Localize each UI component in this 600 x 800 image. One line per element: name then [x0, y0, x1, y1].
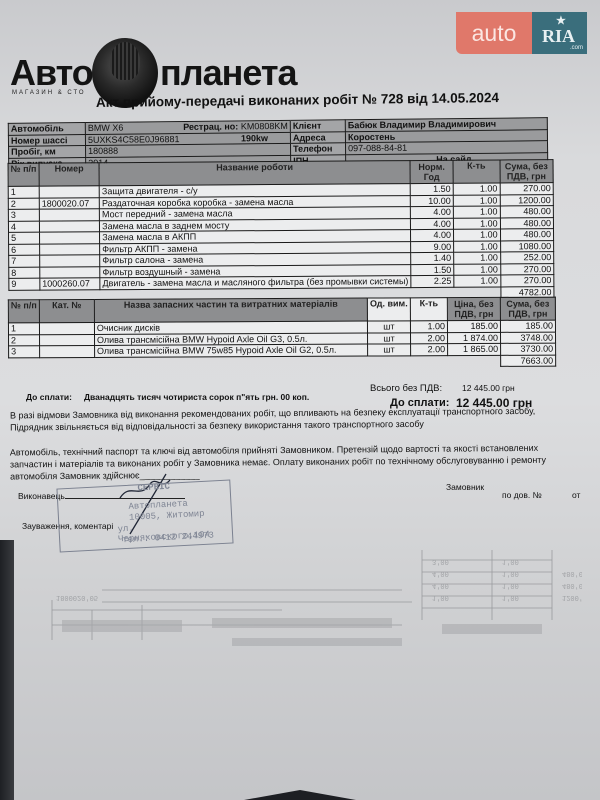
work-code — [39, 243, 99, 255]
work-hours: 4.00 — [411, 229, 454, 241]
watermark-auto: auto — [456, 12, 532, 54]
work-number: 5 — [9, 232, 40, 244]
brand-name-left: Авто — [10, 52, 93, 94]
work-qty: 1.00 — [454, 263, 501, 275]
svg-text:1200'00: 1200'00 — [562, 593, 582, 601]
work-hours: 4.00 — [410, 218, 453, 230]
svg-text:480'00: 480'00 — [562, 581, 582, 589]
work-hours: 2.25 — [411, 275, 454, 287]
work-qty: 1.00 — [453, 183, 500, 195]
work-number: 8 — [9, 267, 40, 279]
svg-text:1'00: 1'00 — [432, 593, 449, 601]
work-code — [39, 232, 99, 244]
part-price: 1 874.00 — [447, 332, 500, 344]
part-unit: шт — [367, 332, 410, 344]
part-unit: шт — [367, 321, 410, 333]
watermark-ria: ★ RIA .com — [532, 12, 587, 54]
terms-paragraph-1: В разі відмови Замовника від виконання р… — [10, 405, 570, 434]
parts-header: № п/п Кат. № Назва запасних частин та ви… — [8, 297, 555, 323]
work-number: 2 — [8, 198, 39, 210]
mileage-label: Пробіг, км — [9, 146, 86, 158]
part-price: 1 865.00 — [448, 343, 501, 355]
work-code: 1800020.07 — [39, 197, 99, 209]
svg-text:4'00: 4'00 — [432, 581, 449, 589]
work-hours: 1.40 — [411, 252, 454, 264]
work-code — [39, 186, 99, 198]
part-unit: шт — [368, 344, 411, 356]
work-sum: 480.00 — [500, 206, 553, 218]
part-sum: 185.00 — [500, 320, 555, 332]
brand-subtitle: МАГАЗИН & СТО — [12, 90, 86, 96]
payment-label: До сплати: — [26, 392, 72, 402]
photo-edge — [0, 540, 14, 800]
work-qty: 1.00 — [454, 240, 501, 252]
car-label: Автомобіль — [8, 123, 85, 135]
work-sum: 1200.00 — [500, 194, 553, 206]
work-sum: 480.00 — [500, 217, 553, 229]
svg-text:1'00: 1'00 — [502, 581, 519, 589]
work-hours: 1.50 — [411, 264, 454, 276]
work-qty: 1.00 — [453, 217, 500, 229]
address-label: Адреса — [290, 131, 345, 143]
svg-text:3'00: 3'00 — [432, 557, 449, 565]
work-qty: 1.00 — [454, 252, 501, 264]
brand-name-right: планета — [160, 52, 297, 94]
work-qty: 1.00 — [453, 206, 500, 218]
part-price: 185.00 — [447, 320, 500, 332]
part-qty: 2.00 — [410, 332, 447, 344]
work-hours: 10.00 — [410, 195, 453, 207]
work-number: 6 — [9, 244, 40, 256]
part-catalog-number — [39, 334, 94, 346]
part-sum: 3730.00 — [501, 343, 556, 355]
part-number: 3 — [9, 346, 40, 358]
parts-total-row: 7663.00 — [9, 355, 556, 369]
work-hours: 9.00 — [411, 241, 454, 253]
part-catalog-number — [39, 322, 94, 334]
svg-text:1'00: 1'00 — [502, 569, 519, 577]
from-label: от — [572, 490, 580, 500]
svg-text:480'00: 480'00 — [562, 569, 582, 577]
work-code — [40, 255, 100, 267]
work-sum: 1080.00 — [500, 240, 553, 252]
part-catalog-number — [39, 345, 94, 357]
svg-text:1'00: 1'00 — [502, 557, 519, 565]
part-number: 1 — [8, 323, 39, 335]
work-sum: 252.00 — [500, 252, 553, 264]
work-code: 1000260.07 — [40, 278, 100, 290]
phone-label: Телефон — [290, 143, 345, 155]
svg-text:1'00: 1'00 — [502, 593, 519, 601]
subtotal: 12 445.00 грн — [462, 383, 515, 393]
work-number: 7 — [9, 255, 40, 267]
work-qty: 1.00 — [453, 229, 500, 241]
work-number: 3 — [8, 209, 39, 221]
svg-text:4'00: 4'00 — [432, 569, 449, 577]
vin-label: Номер шассі — [8, 134, 85, 146]
part-sum: 3748.00 — [500, 332, 555, 344]
parts-total: 7663.00 — [501, 355, 556, 367]
work-qty: 1.00 — [454, 275, 501, 287]
part-qty: 2.00 — [411, 344, 448, 356]
works-table: № п/п Номер Название роботи Норм. Год К-… — [8, 159, 555, 302]
client-label: Клієнт — [290, 120, 345, 132]
work-qty: 1.00 — [453, 194, 500, 206]
customer-label: Замовник — [446, 482, 484, 492]
work-number: 4 — [8, 221, 39, 233]
work-code — [40, 266, 100, 278]
payment-words: Дванадцять тисяч чотириста сорок п"ять г… — [84, 392, 309, 402]
photo-shadow — [230, 790, 370, 800]
part-qty: 1.00 — [410, 321, 447, 333]
svg-text:1800020'05: 1800020'05 — [56, 593, 98, 601]
work-sum: 270.00 — [500, 183, 553, 195]
work-sum: 270.00 — [500, 263, 553, 275]
work-sum: 480.00 — [500, 229, 553, 241]
part-number: 2 — [9, 334, 40, 346]
autoria-watermark: auto ★ RIA .com — [456, 12, 587, 54]
work-code — [39, 220, 99, 232]
work-sum: 270.00 — [500, 275, 553, 287]
work-hours: 1.50 — [410, 183, 453, 195]
document-title: Акт прийому-передачі виконаних робіт № 7… — [96, 90, 499, 110]
subtotal-label: Всього без ПДВ: — [370, 383, 442, 394]
parts-table: № п/п Кат. № Назва запасних частин та ви… — [8, 297, 556, 370]
bleed-through-marks: 3'001'00 4'001'00480'00 4'001'00480'00 1… — [22, 550, 582, 660]
work-number: 9 — [9, 278, 40, 290]
terms-paragraph-2: Автомобіль, технічний паспорт та ключі в… — [10, 442, 570, 483]
work-hours: 4.00 — [410, 206, 453, 218]
work-number: 1 — [8, 186, 39, 198]
power-of-attorney-label: по дов. № — [502, 490, 542, 500]
work-code — [39, 209, 99, 221]
company-stamp: СЕРВІС Автопланета 10005, Житомир ул. Че… — [56, 479, 233, 552]
